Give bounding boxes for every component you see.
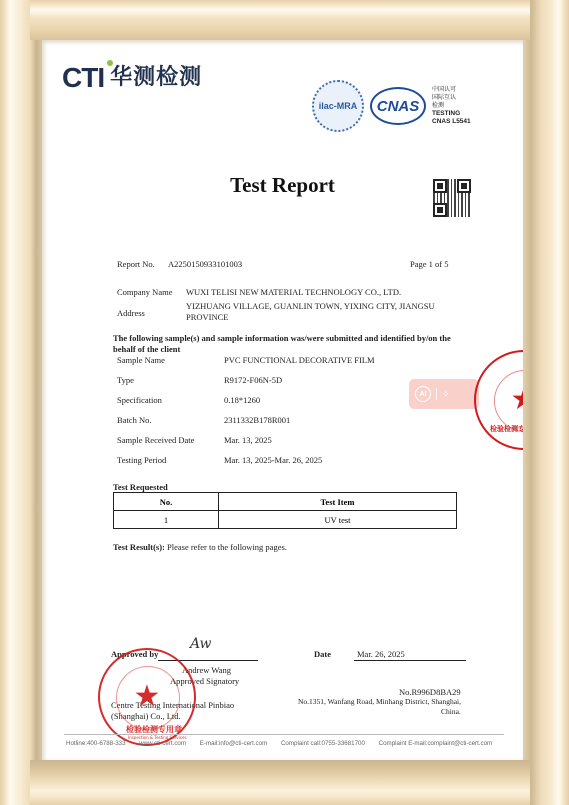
column-header-test-item: Test Item bbox=[219, 493, 457, 511]
logo-chinese: 华测检测 bbox=[110, 64, 202, 92]
company-seal-left: ★ 检验检测专用章 Inspection & Testing Services bbox=[98, 648, 196, 746]
ai-icon: AI bbox=[415, 386, 431, 402]
cnas-accreditation-text: 中国认可 国际互认 检测 TESTING CNAS L5541 bbox=[432, 86, 471, 126]
field-value: 0.18*1260 bbox=[224, 395, 260, 405]
address-line-2: PROVINCE bbox=[186, 312, 229, 322]
ilac-mra-logo: ilac-MRA bbox=[312, 80, 364, 132]
company-name-value: WUXI TELISI NEW MATERIAL TECHNOLOGY CO.,… bbox=[186, 287, 401, 297]
field-label: Type bbox=[117, 375, 134, 385]
logo-dot-icon bbox=[107, 60, 113, 66]
footer-divider bbox=[64, 734, 504, 735]
table-header-row: No. Test Item bbox=[114, 493, 457, 511]
field-value: R9172-F06N-5D bbox=[224, 375, 282, 385]
page-indicator: Page 1 of 5 bbox=[410, 259, 448, 269]
field-value: Mar. 13, 2025 bbox=[224, 435, 272, 445]
email-link[interactable]: E-mail:info@cti-cert.com bbox=[200, 740, 267, 747]
field-label: Batch No. bbox=[117, 415, 151, 425]
report-no-value: A2250150933101003 bbox=[168, 259, 242, 269]
frame-right bbox=[523, 0, 569, 805]
date-label: Date bbox=[314, 649, 331, 659]
accreditation-logos: ilac-MRA CNAS 中国认可 国际互认 检测 TESTING CNAS … bbox=[312, 80, 471, 132]
complaint-email-link[interactable]: Complaint E-mail:complaint@cti-cert.com bbox=[379, 740, 493, 747]
frame-left bbox=[0, 0, 42, 805]
test-requested-heading: Test Requested bbox=[113, 482, 168, 492]
sample-intro: The following sample(s) and sample infor… bbox=[113, 333, 451, 343]
cell-no: 1 bbox=[114, 511, 219, 529]
ai-assistant-button[interactable]: AI ✧ bbox=[409, 379, 479, 409]
divider bbox=[436, 388, 437, 400]
footer-contact: Hotline:400-6788-333 www.cti-cert.com E-… bbox=[66, 740, 492, 747]
signature: Aw bbox=[190, 636, 211, 652]
table-row: 1 UV test bbox=[114, 511, 457, 529]
website-link[interactable]: www.cti-cert.com bbox=[139, 740, 186, 747]
field-label: Testing Period bbox=[117, 455, 166, 465]
certificate-number: No.R996D8BA29 bbox=[399, 687, 461, 697]
report-page: CTI 华测检测 ilac-MRA CNAS 中国认可 国际互认 检测 TEST… bbox=[42, 40, 523, 760]
test-result: Test Result(s): Please refer to the foll… bbox=[113, 542, 287, 552]
sample-intro-cont: behalf of the client bbox=[113, 344, 180, 354]
column-header-no: No. bbox=[114, 493, 219, 511]
company-address-line-1: No.1351, Wanfang Road, Minhang District,… bbox=[298, 697, 461, 706]
field-label: Specification bbox=[117, 395, 162, 405]
field-value: PVC FUNCTIONAL DECORATIVE FILM bbox=[224, 355, 375, 365]
cell-test-item: UV test bbox=[219, 511, 457, 529]
hotline: Hotline:400-6788-333 bbox=[66, 740, 126, 747]
address-line-1: YIZHUANG VILLAGE, GUANLIN TOWN, YIXING C… bbox=[186, 301, 435, 311]
frame-bottom bbox=[30, 760, 530, 805]
field-label: Sample Name bbox=[117, 355, 165, 365]
address-label: Address bbox=[117, 308, 145, 318]
company-address-line-2: China. bbox=[441, 707, 461, 716]
date-value: Mar. 26, 2025 bbox=[357, 649, 405, 659]
page-title: Test Report bbox=[42, 173, 523, 198]
cti-logo: CTI 华测检测 bbox=[62, 64, 202, 92]
field-value: Mar. 13, 2025-Mar. 26, 2025 bbox=[224, 455, 322, 465]
magic-wand-icon: ✧ bbox=[442, 389, 450, 400]
complaint-call: Complaint call:0755-33681700 bbox=[281, 740, 365, 747]
field-label: Sample Received Date bbox=[117, 435, 194, 445]
frame-top bbox=[30, 0, 530, 40]
company-seal-right: ★ 检验检测专用章 bbox=[474, 350, 523, 450]
company-name-label: Company Name bbox=[117, 287, 172, 297]
date-line bbox=[354, 660, 466, 661]
test-requested-table: No. Test Item 1 UV test bbox=[113, 492, 457, 529]
field-value: 2311332B178R001 bbox=[224, 415, 290, 425]
logo-latin: CTI bbox=[62, 64, 104, 92]
report-no-label: Report No. bbox=[117, 259, 155, 269]
cnas-logo: CNAS bbox=[370, 87, 426, 125]
star-icon: ★ bbox=[134, 682, 161, 712]
star-icon: ★ bbox=[511, 385, 523, 415]
